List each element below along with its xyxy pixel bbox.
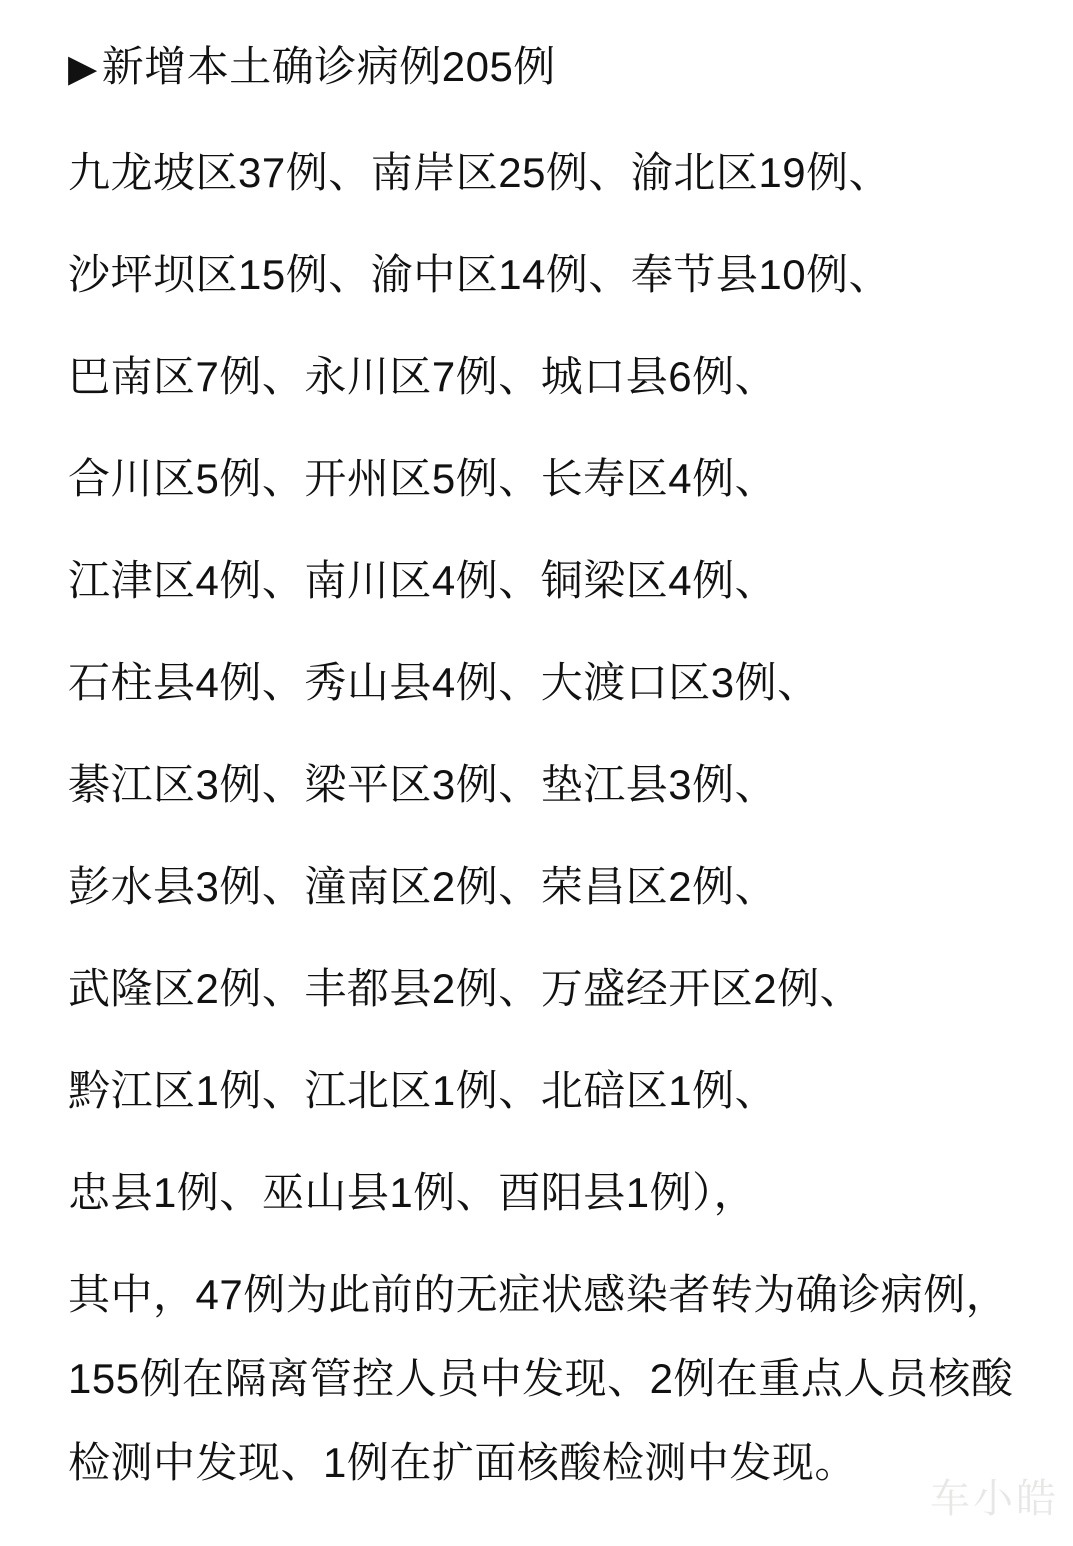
case-line: 沙坪坝区15例、渝中区14例、奉节县10例、 <box>68 252 1033 298</box>
heading-text: 新增本土确诊病例205例 <box>102 43 556 90</box>
summary-line: 检测中发现、1例在扩面核酸检测中发现。 <box>68 1440 1033 1486</box>
case-line: 合川区5例、开州区5例、长寿区4例、 <box>68 456 1033 502</box>
article-page: ▶新增本土确诊病例205例 九龙坡区37例、南岸区25例、渝北区19例、 沙坪坝… <box>0 0 1073 1546</box>
case-line: 江津区4例、南川区4例、铜梁区4例、 <box>68 558 1033 604</box>
heading-line: ▶新增本土确诊病例205例 <box>68 44 1033 92</box>
case-line: 武隆区2例、丰都县2例、万盛经开区2例、 <box>68 966 1033 1012</box>
summary-paragraph: 其中，47例为此前的无症状感染者转为确诊病例， 155例在隔离管控人员中发现、2… <box>68 1272 1033 1486</box>
watermark: 车小皓 <box>930 1467 1059 1524</box>
triangle-bullet-icon: ▶ <box>68 48 98 90</box>
case-line: 忠县1例、巫山县1例、酉阳县1例）， <box>68 1170 1033 1216</box>
case-line: 黔江区1例、江北区1例、北碚区1例、 <box>68 1068 1033 1114</box>
case-line: 九龙坡区37例、南岸区25例、渝北区19例、 <box>68 150 1033 196</box>
summary-line: 155例在隔离管控人员中发现、2例在重点人员核酸 <box>68 1356 1033 1402</box>
case-line: 巴南区7例、永川区7例、城口县6例、 <box>68 354 1033 400</box>
case-line: 彭水县3例、潼南区2例、荣昌区2例、 <box>68 864 1033 910</box>
case-line: 綦江区3例、梁平区3例、垫江县3例、 <box>68 762 1033 808</box>
case-line: 石柱县4例、秀山县4例、大渡口区3例、 <box>68 660 1033 706</box>
summary-line: 其中，47例为此前的无症状感染者转为确诊病例， <box>68 1272 1033 1318</box>
